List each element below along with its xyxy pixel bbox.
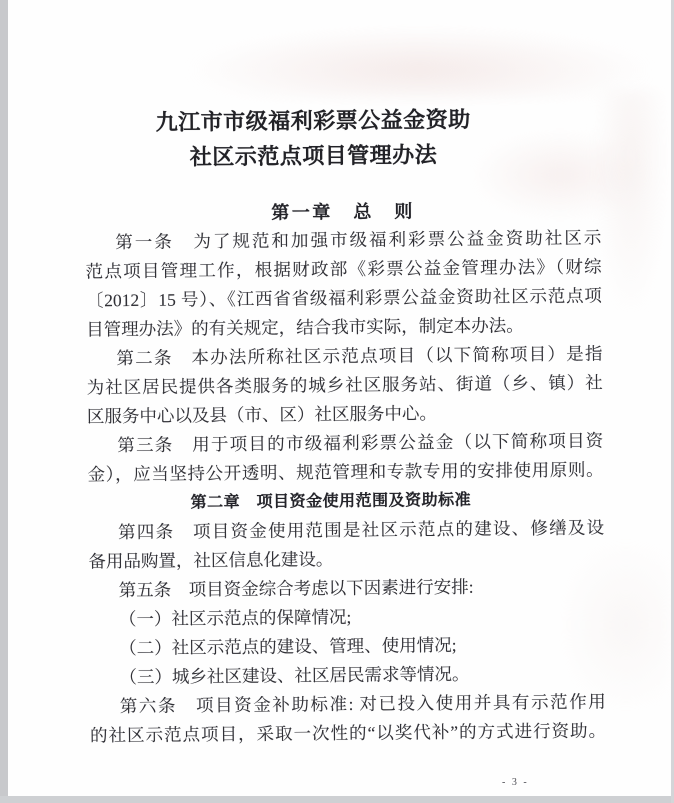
bleedthrough-blotch-right-upper [596, 90, 666, 310]
page-number: - 3 - [502, 777, 529, 788]
scan-edge-bottom [0, 796, 674, 803]
scan-edge-left [0, 0, 8, 803]
para-6-line-2: 的社区示范点项目，采取一次性的“以奖代补”的方式进行资助。 [90, 716, 606, 750]
para-2-line-2: 为社区居民提供各类服务的城乡社区服务站、街道（乡、镇）社 [87, 369, 603, 403]
chapter-2-heading: 第二章 项目资金使用范围及资助标准 [73, 485, 589, 519]
scanned-page: 九江市市级福利彩票公益金资助 社区示范点项目管理办法 第一章 总 则 第一条 为… [0, 0, 674, 803]
document-content: 九江市市级福利彩票公益金资助 社区示范点项目管理办法 第一章 总 则 第一条 为… [84, 101, 606, 751]
para-4-line-1: 第四条 项目资金使用范围是社区示范点的建设、修缮及设 [88, 514, 604, 548]
para-1-line-3: 〔2012〕15 号）、《江西省省级福利彩票公益金资助社区示范点项 [86, 282, 602, 316]
title-line-2: 社区示范点项目管理办法 [55, 136, 571, 176]
title-line-1: 九江市市级福利彩票公益金资助 [55, 101, 571, 141]
document-title: 九江市市级福利彩票公益金资助 社区示范点项目管理办法 [55, 101, 572, 176]
bleedthrough-blotch-top [190, 28, 650, 98]
